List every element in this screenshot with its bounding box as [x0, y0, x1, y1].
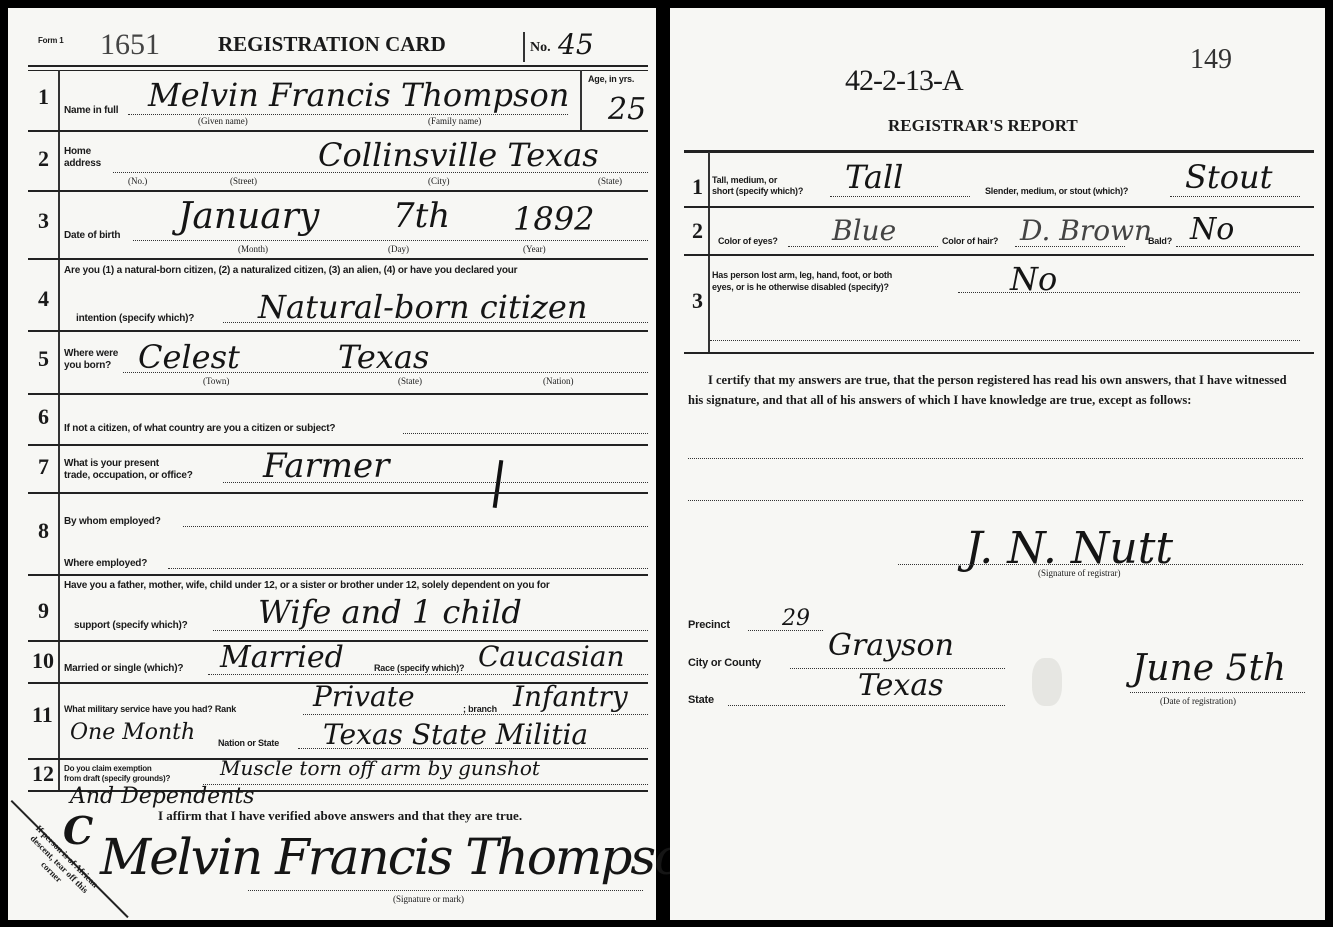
- occupation-value: Farmer: [263, 446, 389, 486]
- registration-stamp: 42-2-13-A: [845, 64, 963, 98]
- registration-card: Form 1 1651 REGISTRATION CARD No. 45 1 N…: [8, 8, 656, 920]
- branch-value: Infantry: [513, 680, 628, 713]
- disability-value: No: [1010, 260, 1057, 298]
- height-label-2: short (specify which)?: [712, 186, 803, 196]
- bald-label: Bald?: [1148, 236, 1172, 246]
- birth-month: January: [178, 196, 319, 237]
- report-title: REGISTRAR'S REPORT: [888, 116, 1078, 136]
- registrar-signature: J. N. Nutt: [965, 523, 1173, 574]
- day-caption: (Day): [388, 244, 409, 254]
- card-no-label: No.: [530, 40, 551, 56]
- birth-day: 7th: [393, 196, 450, 236]
- military-label: What military service have you had? Rank: [64, 704, 236, 714]
- row-number: 12: [32, 761, 54, 787]
- precinct-value: 29: [782, 606, 810, 631]
- given-name-caption: (Given name): [198, 116, 248, 126]
- row-number: 2: [38, 146, 49, 172]
- rank-value: Private: [313, 680, 415, 713]
- signature-caption: (Signature or mark): [393, 894, 464, 904]
- exemption-value: Muscle torn off arm by gunshot: [220, 756, 540, 780]
- occupation-label-2: trade, occupation, or office?: [64, 470, 193, 481]
- form-label: Form 1: [38, 36, 63, 45]
- support-label: support (specify which)?: [74, 620, 188, 631]
- dependents-value: Wife and 1 child: [258, 593, 522, 631]
- hair-color-label: Color of hair?: [942, 236, 998, 246]
- occupation-label: What is your present: [64, 458, 159, 469]
- birth-state: Texas: [338, 338, 429, 376]
- card-title: REGISTRATION CARD: [218, 32, 446, 57]
- year-caption: (Year): [523, 244, 546, 254]
- address-label: Home: [64, 146, 91, 157]
- state-value: Texas: [858, 668, 944, 703]
- intention-label: intention (specify which)?: [76, 313, 194, 324]
- registrant-signature: Melvin Francis Thompson: [100, 828, 712, 886]
- registration-date: June 5th: [1132, 648, 1286, 689]
- bald-value: No: [1190, 212, 1234, 247]
- registrar-signature-caption: (Signature of registrar): [1038, 568, 1120, 578]
- marital-label: Married or single (which)?: [64, 663, 183, 674]
- build-value: Stout: [1185, 158, 1273, 196]
- nation-label: Nation or State: [218, 738, 279, 748]
- height-label: Tall, medium, or: [712, 175, 777, 185]
- address-label-2: address: [64, 158, 101, 169]
- birth-town: Celest: [138, 338, 240, 376]
- row-number: 11: [32, 702, 53, 728]
- precinct-label: Precinct: [688, 619, 730, 631]
- nation-caption: (Nation): [543, 376, 574, 386]
- marital-value: Married: [220, 640, 344, 675]
- city-caption: (City): [428, 176, 450, 186]
- age-label: Age, in yrs.: [588, 74, 634, 84]
- row-number: 2: [692, 218, 703, 244]
- height-value: Tall: [845, 158, 903, 196]
- address-value: Collinsville Texas: [318, 136, 599, 174]
- registration-date-caption: (Date of registration): [1160, 696, 1236, 706]
- nation-value: Texas State Militia: [323, 718, 588, 751]
- disability-label-2: eyes, or is he otherwise disabled (speci…: [712, 282, 889, 292]
- affirmation-text: I affirm that I have verified above answ…: [158, 808, 522, 824]
- no-caption: (No.): [128, 176, 147, 186]
- exemption-label: Do you claim exemption: [64, 764, 152, 773]
- state-caption: (State): [598, 176, 622, 186]
- race-value: Caucasian: [478, 640, 625, 673]
- birthplace-label-2: you born?: [64, 360, 111, 371]
- row-number: 1: [38, 84, 49, 110]
- birth-date-label: Date of birth: [64, 230, 120, 241]
- age-value: 25: [608, 92, 646, 127]
- county-label: City or County: [688, 657, 761, 669]
- page-number: 149: [1190, 44, 1232, 76]
- row-number: 3: [692, 288, 703, 314]
- name-value: Melvin Francis Thompson: [148, 76, 569, 114]
- employment-place-label: Where employed?: [64, 558, 147, 569]
- row-number: 10: [32, 648, 54, 674]
- birthplace-label: Where were: [64, 348, 118, 359]
- eye-color-value: Blue: [832, 214, 896, 247]
- employer-label: By whom employed?: [64, 516, 161, 527]
- row-number: 6: [38, 404, 49, 430]
- exemption-label-2: from draft (specify grounds)?: [64, 774, 170, 783]
- state-label: State: [688, 694, 714, 706]
- state-caption: (State): [398, 376, 422, 386]
- birth-year: 1892: [513, 200, 594, 238]
- check-mark: [493, 460, 504, 508]
- month-caption: (Month): [238, 244, 268, 254]
- town-caption: (Town): [203, 376, 229, 386]
- row-number: 3: [38, 208, 49, 234]
- name-label: Name in full: [64, 105, 118, 116]
- street-caption: (Street): [230, 176, 257, 186]
- row-number: 1: [692, 174, 703, 200]
- row-number: 8: [38, 518, 49, 544]
- serial-number: 1651: [100, 28, 160, 62]
- ink-smudge: [1032, 658, 1062, 706]
- race-label: Race (specify which)?: [374, 663, 464, 673]
- row-number: 4: [38, 286, 49, 312]
- row-number: 5: [38, 346, 49, 372]
- family-name-caption: (Family name): [428, 116, 481, 126]
- foreign-citizen-label: If not a citizen, of what country are yo…: [64, 423, 335, 434]
- row-number: 9: [38, 598, 49, 624]
- branch-label: ; branch: [463, 704, 497, 714]
- certification-text: I certify that my answers are true, that…: [688, 370, 1303, 410]
- dependents-question: Have you a father, mother, wife, child u…: [64, 580, 550, 591]
- build-label: Slender, medium, or stout (which)?: [985, 186, 1128, 196]
- eye-color-label: Color of eyes?: [718, 236, 778, 246]
- exemption-value-2: And Dependents: [70, 784, 254, 809]
- county-value: Grayson: [828, 628, 954, 663]
- citizenship-question: Are you (1) a natural-born citizen, (2) …: [64, 265, 517, 276]
- corner-mark: C: [63, 808, 93, 853]
- card-number: 45: [558, 28, 594, 61]
- hair-color-value: D. Brown: [1020, 214, 1152, 247]
- registrar-report: 42-2-13-A 149 REGISTRAR'S REPORT 1 Tall,…: [670, 8, 1325, 920]
- service-years: One Month: [70, 720, 195, 745]
- disability-label: Has person lost arm, leg, hand, foot, or…: [712, 270, 892, 280]
- row-number: 7: [38, 454, 49, 480]
- citizenship-value: Natural-born citizen: [258, 288, 587, 326]
